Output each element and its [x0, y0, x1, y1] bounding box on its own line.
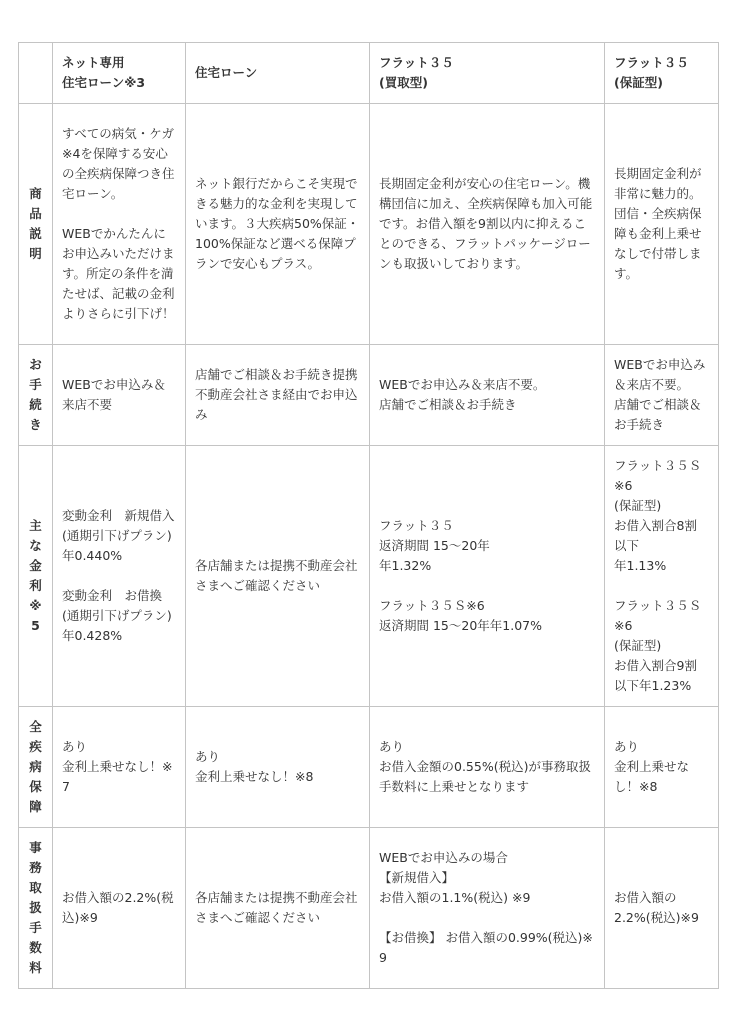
row-header-label: 事務取扱手数料: [29, 838, 43, 978]
row-header: 事務取扱手数料: [19, 828, 53, 989]
column-header-flat35-guarantee: フラット３５ (保証型): [605, 43, 719, 104]
column-header-flat35-purchase: フラット３５ (買取型): [370, 43, 605, 104]
row-header-label: お手続き: [29, 355, 43, 435]
table-cell: 変動金利 新規借入 (通期引下げプラン) 年0.440% 変動金利 お借換 (通…: [53, 446, 186, 707]
table-cell: お借入額の 2.2%(税込)※9: [605, 828, 719, 989]
row-header: 全疾病保障: [19, 707, 53, 828]
table-cell: 長期固定金利が非常に魅力的。団信・全疾病保障も金利上乗せなしで付帯します。: [605, 104, 719, 345]
row-header: 主な金利※5: [19, 446, 53, 707]
loan-comparison-table: ネット専用 住宅ローン※3 住宅ローン フラット３５ (買取型) フラット３５ …: [18, 42, 719, 989]
table-cell: あり 金利上乗せなし！※8: [186, 707, 370, 828]
row-header-label: 商品説明: [29, 184, 43, 264]
table-cell: お借入額の2.2%(税込)※9: [53, 828, 186, 989]
table-cell: 各店舗または提携不動産会社さまへご確認ください: [186, 828, 370, 989]
table-cell: フラット３５Ｓ※6 (保証型) お借入割合8割以下 年1.13% フラット３５Ｓ…: [605, 446, 719, 707]
row-header: お手続き: [19, 345, 53, 446]
table-cell: 長期固定金利が安心の住宅ローン。機構団信に加え、全疾病保障も加入可能です。お借入…: [370, 104, 605, 345]
table-cell: フラット３５ 返済期間 15〜20年 年1.32% フラット３５Ｓ※6 返済期間…: [370, 446, 605, 707]
table-row-handling-fee: 事務取扱手数料 お借入額の2.2%(税込)※9 各店舗または提携不動産会社さまへ…: [19, 828, 719, 989]
corner-cell: [19, 43, 53, 104]
table-cell: 店舗でご相談＆お手続き提携不動産会社さま経由でお申込み: [186, 345, 370, 446]
table-row-product-description: 商品説明 すべての病気・ケガ※4を保障する安心の全疾病保障つき住宅ローン。 WE…: [19, 104, 719, 345]
table-cell: WEBでお申込み＆来店不要。 店舗でご相談＆お手続き: [370, 345, 605, 446]
row-header-label: 主な金利※5: [29, 516, 43, 636]
column-header-net-loan: ネット専用 住宅ローン※3: [53, 43, 186, 104]
table-cell: WEBでお申込みの場合 【新規借入】 お借入額の1.1%(税込) ※9 【お借換…: [370, 828, 605, 989]
table-header-row: ネット専用 住宅ローン※3 住宅ローン フラット３５ (買取型) フラット３５ …: [19, 43, 719, 104]
table-cell: あり 金利上乗せなし！※8: [605, 707, 719, 828]
table-cell: WEBでお申込み＆来店不要。 店舗でご相談＆お手続き: [605, 345, 719, 446]
row-header: 商品説明: [19, 104, 53, 345]
row-header-label: 全疾病保障: [29, 717, 43, 817]
table-cell: 各店舗または提携不動産会社さまへご確認ください: [186, 446, 370, 707]
table-cell: すべての病気・ケガ※4を保障する安心の全疾病保障つき住宅ローン。 WEBでかんた…: [53, 104, 186, 345]
table-cell: あり 金利上乗せなし！※7: [53, 707, 186, 828]
table-cell: WEBでお申込み＆ 来店不要: [53, 345, 186, 446]
column-header-housing-loan: 住宅ローン: [186, 43, 370, 104]
table-row-interest-rates: 主な金利※5 変動金利 新規借入 (通期引下げプラン) 年0.440% 変動金利…: [19, 446, 719, 707]
table-row-disease-coverage: 全疾病保障 あり 金利上乗せなし！※7 あり 金利上乗せなし！※8 あり お借入…: [19, 707, 719, 828]
table-cell: ネット銀行だからこそ実現できる魅力的な金利を実現しています。３大疾病50%保証・…: [186, 104, 370, 345]
table-cell: あり お借入金額の0.55%(税込)が事務取扱手数料に上乗せとなります: [370, 707, 605, 828]
table-row-procedure: お手続き WEBでお申込み＆ 来店不要 店舗でご相談＆お手続き提携不動産会社さま…: [19, 345, 719, 446]
